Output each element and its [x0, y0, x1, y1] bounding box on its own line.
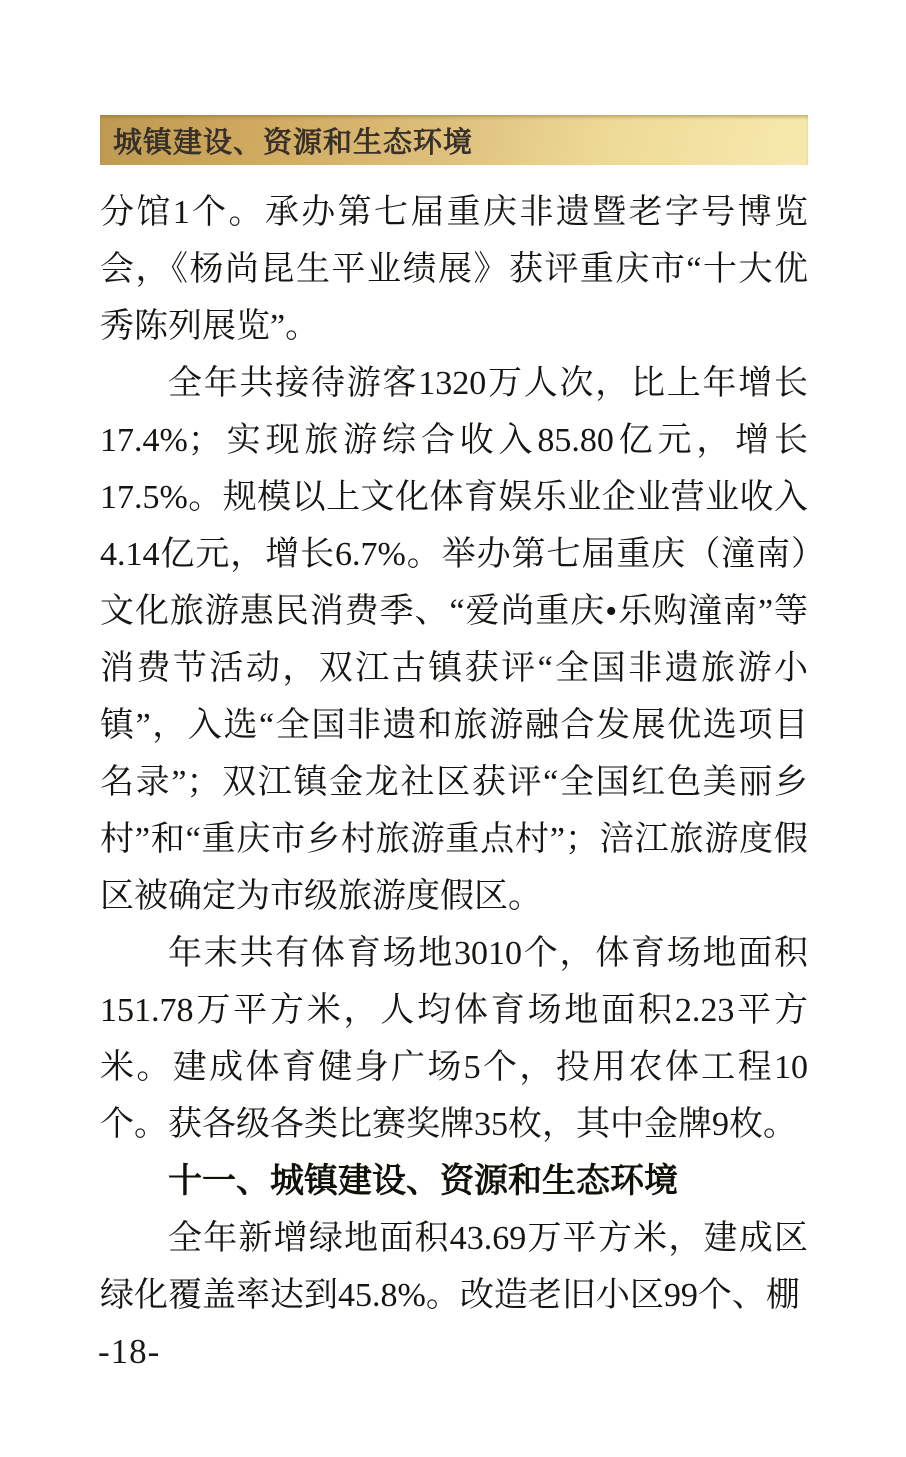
paragraph-museum-exhibition: 分馆1个。承办第七届重庆非遗暨老字号博览会，《杨尚昆生平业绩展》获评重庆市“十大…: [100, 184, 808, 355]
page-number: -18-: [98, 1332, 160, 1372]
document-page: 城镇建设、资源和生态环境 分馆1个。承办第七届重庆非遗暨老字号博览会，《杨尚昆生…: [0, 0, 906, 1457]
banner-title: 城镇建设、资源和生态环境: [113, 120, 473, 161]
section-heading: 十一、城镇建设、资源和生态环境: [100, 1153, 808, 1210]
paragraph-tourism: 全年共接待游客1320万人次，比上年增长17.4%；实现旅游综合收入85.80亿…: [100, 355, 808, 925]
page-header-banner: 城镇建设、资源和生态环境: [100, 115, 808, 165]
paragraph-sports: 年末共有体育场地3010个，体育场地面积151.78万平方米，人均体育场地面积2…: [100, 925, 808, 1153]
paragraph-urban-greening: 全年新增绿地面积43.69万平方米，建成区绿化覆盖率达到45.8%。改造老旧小区…: [100, 1210, 808, 1324]
document-body: 分馆1个。承办第七届重庆非遗暨老字号博览会，《杨尚昆生平业绩展》获评重庆市“十大…: [100, 184, 808, 1324]
